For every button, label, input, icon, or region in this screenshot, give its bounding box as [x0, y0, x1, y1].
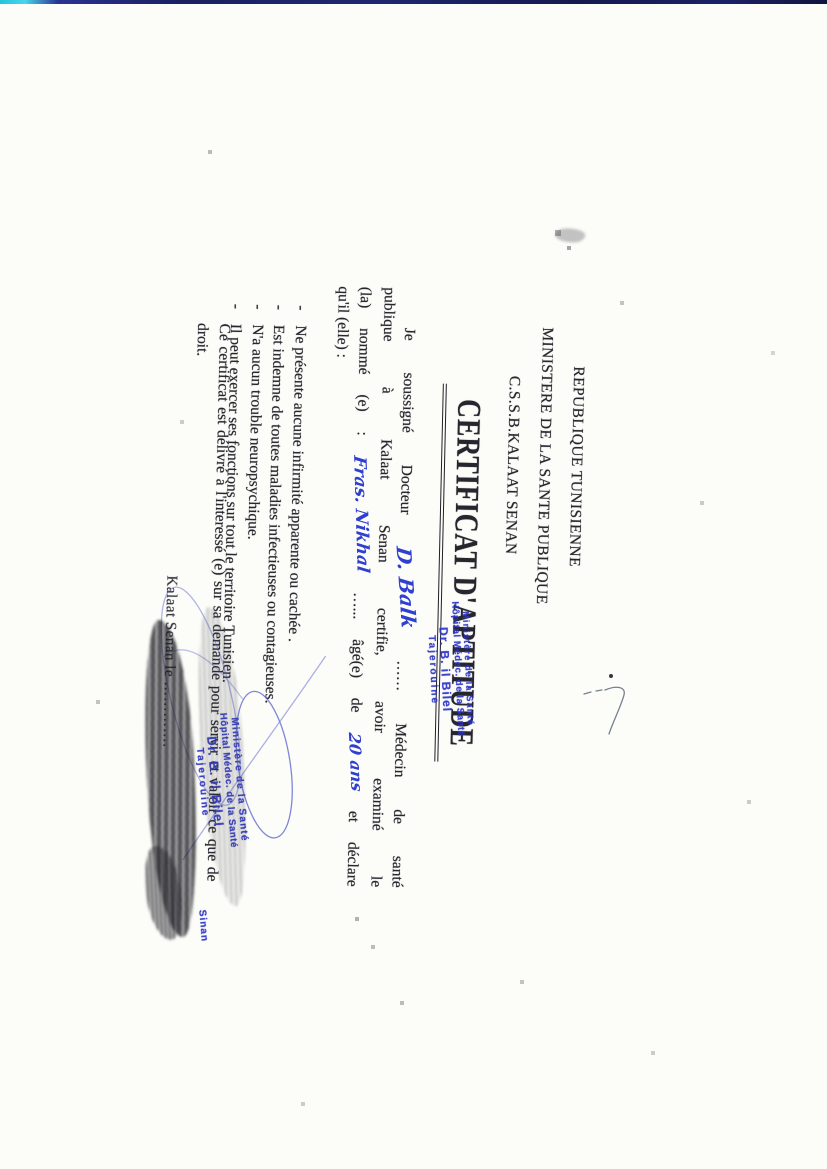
certificate-header: REPUBLIQUE TUNISIENNE MINISTERE DE LA SA… — [492, 275, 597, 657]
scanner-edge-strip — [0, 0, 827, 4]
patient-name-handwriting: Fras. Nikhal — [347, 454, 374, 573]
doctor-stamp-top: Ministère de la Santé Hôpital Médec. de … — [423, 571, 478, 768]
doctor-name-handwriting: D. Balk — [391, 545, 419, 629]
age-handwriting: 20 ans — [343, 731, 369, 792]
scanned-certificate-page: REPUBLIQUE TUNISIENNE MINISTERE DE LA SA… — [0, 0, 827, 1169]
pen-mark — [578, 668, 638, 758]
certificate-document: REPUBLIQUE TUNISIENNE MINISTERE DE LA SA… — [137, 227, 603, 967]
certificate-body: Je soussigné Docteur D. Balk …… Médecin … — [318, 286, 424, 888]
toner-smudge — [555, 228, 585, 243]
dust-speckles — [0, 0, 2, 2]
bullet-dash: - — [290, 305, 312, 325]
